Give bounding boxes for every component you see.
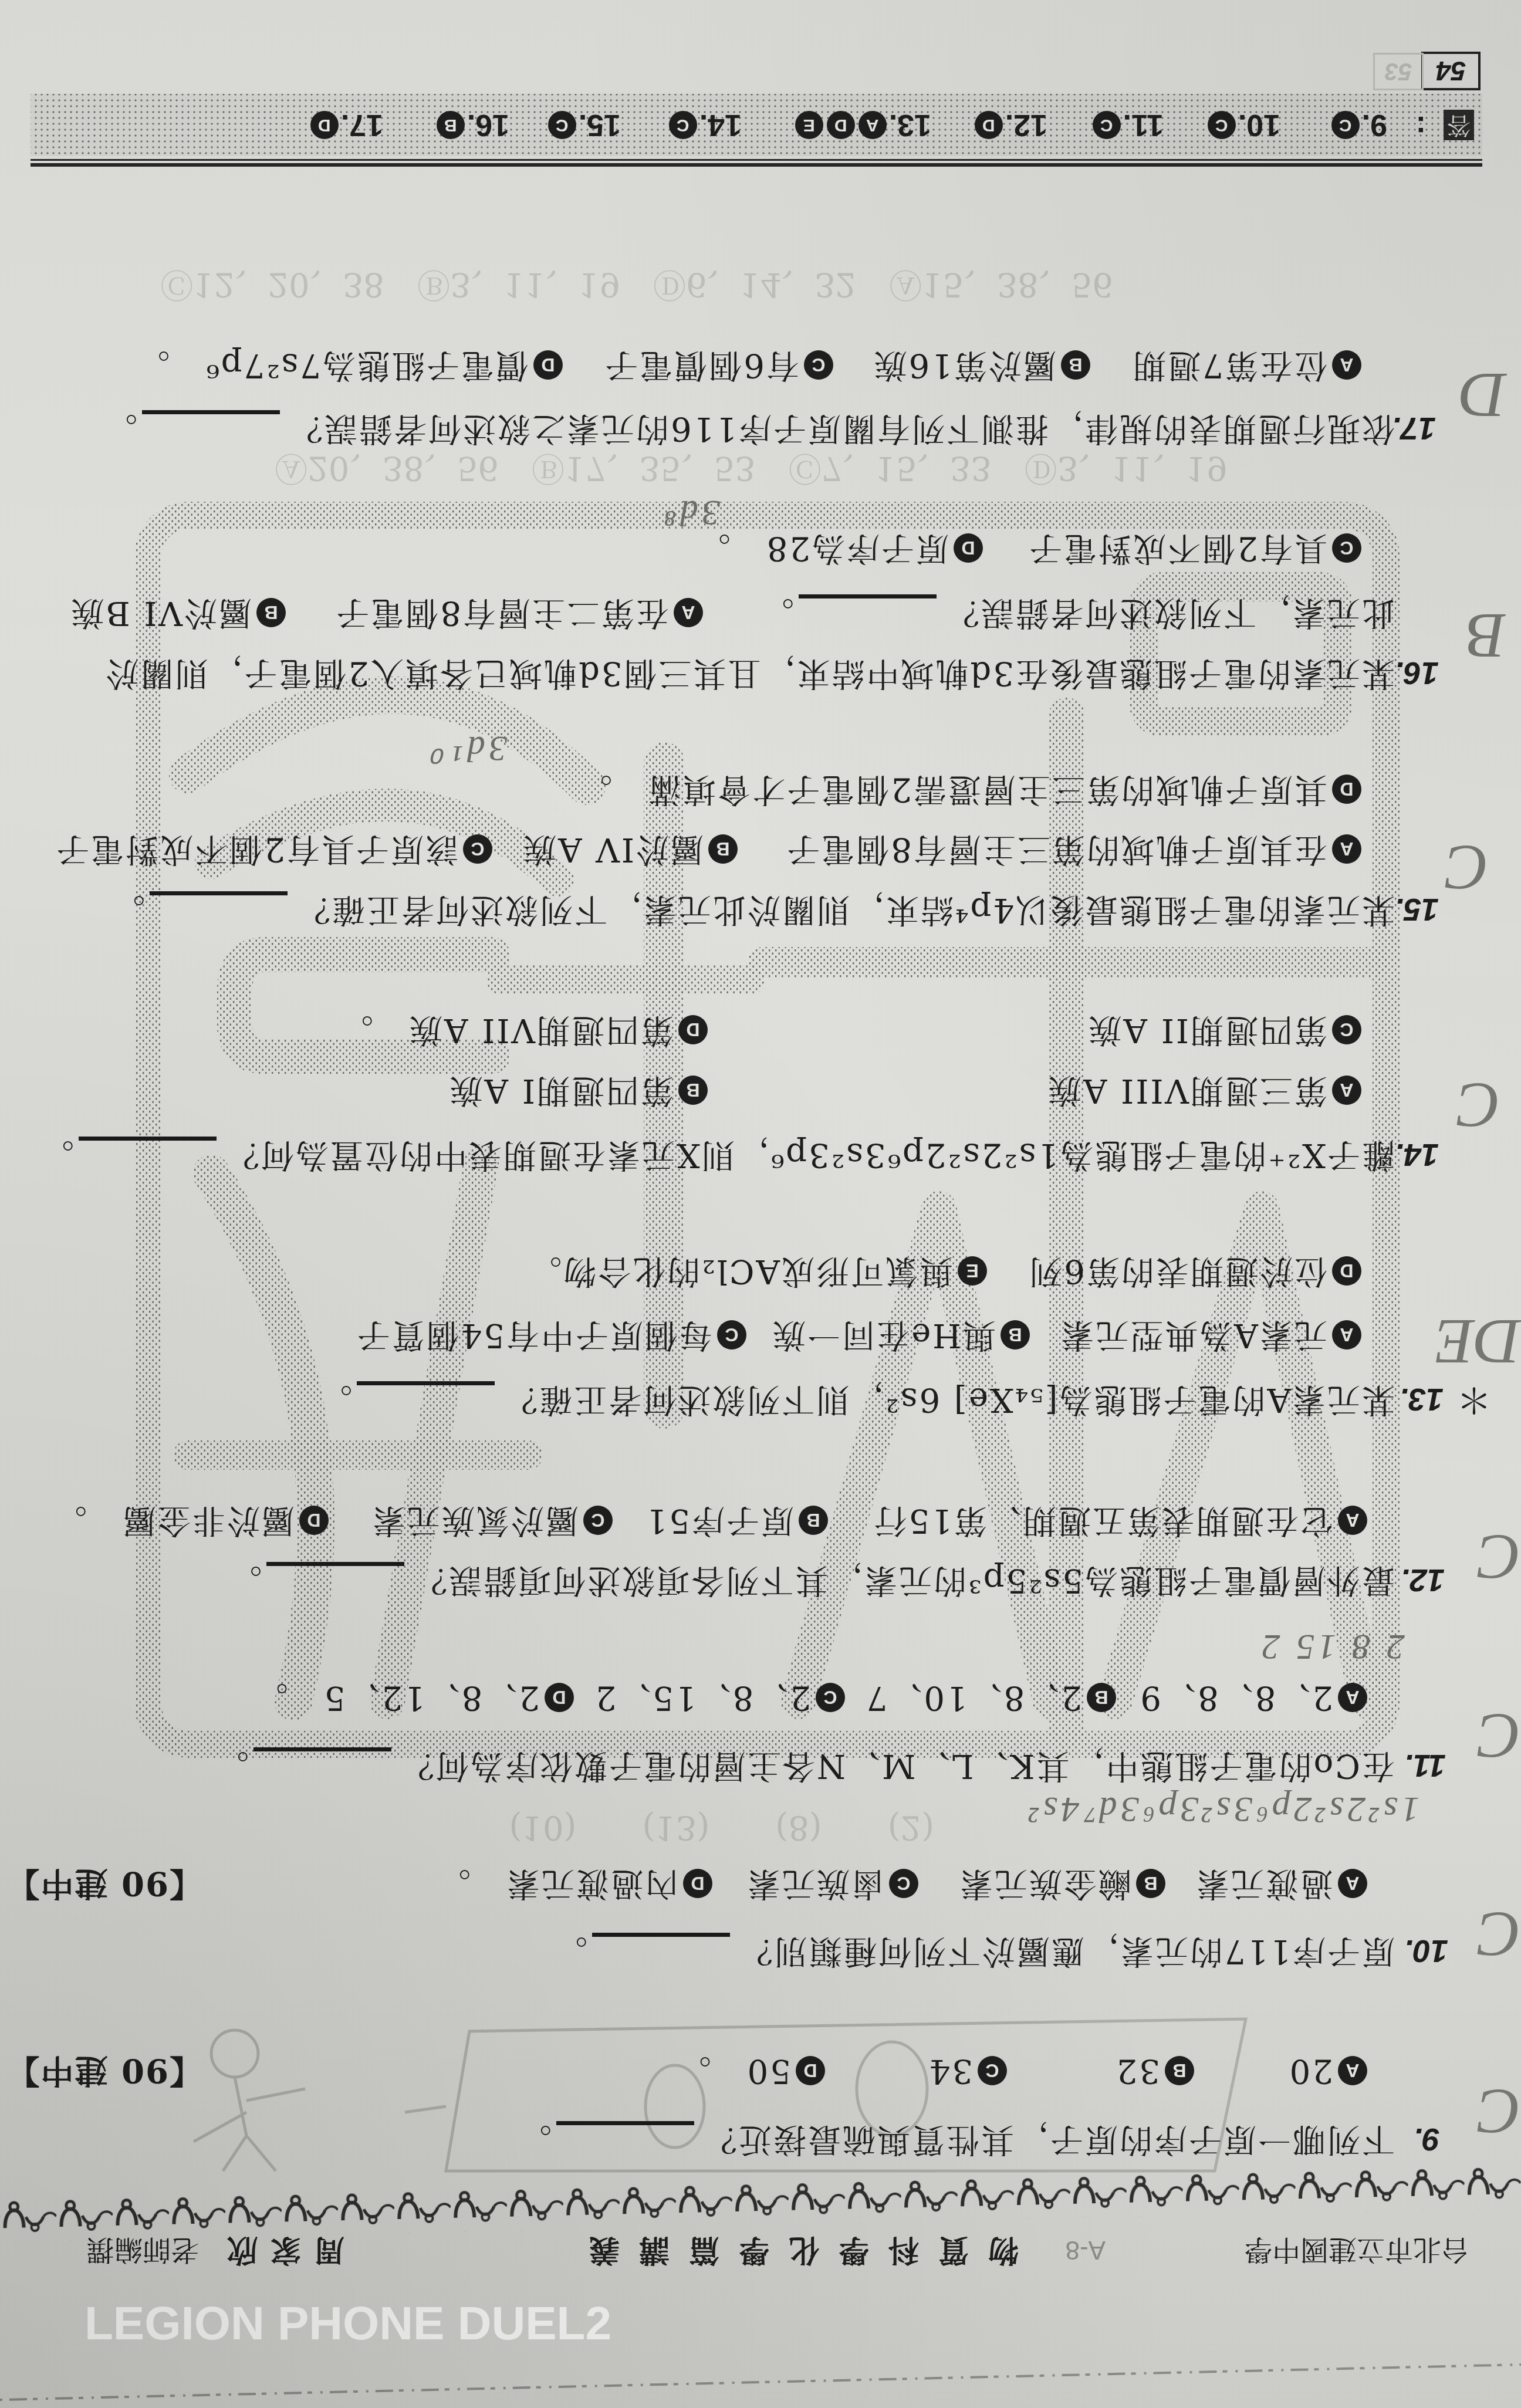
question-number: 10.: [1404, 1932, 1448, 1970]
question-text-row: 某元素A的電子組態為[₅₄Xe] 6s²，則下列敘述何者正確？ 。: [317, 1381, 1395, 1418]
option-d: D內過渡元素 。: [436, 1865, 712, 1902]
option-text: 有6個價電子: [603, 346, 799, 384]
question-text: 在Co的電子組態中，其K、L、M、N各主層的電子數依序為何？: [400, 1747, 1395, 1784]
circled-answer-icon: A: [858, 111, 887, 139]
camera-watermark: LEGION PHONE DUEL2: [84, 2297, 611, 2350]
question-number: 16.: [1395, 654, 1439, 692]
question-text: 某元素的電子組態最後在3d軌域中結束，且其三個3d軌域已各填入2個電子，則關於: [104, 654, 1395, 692]
option-text: 第四週期I A族: [448, 1071, 674, 1109]
answer-key-number: 10.: [1238, 107, 1280, 143]
option-text: 第三週期VIII A族: [1047, 1071, 1327, 1109]
facing-page-number-bleed: 53: [1373, 53, 1424, 90]
option-text: 位在第7週期: [1131, 346, 1327, 384]
answer-key-item-13: 13.ADE: [794, 107, 931, 143]
photo-of-textbook-page: 台北市立建國中學 A-8 物質科學化學篇講義 周家欣 老師編撰 C 9. 下列哪…: [0, 0, 1521, 2408]
option-a: A過渡元素: [1195, 1865, 1367, 1902]
option-a: A元素A為典型元素: [1060, 1316, 1361, 1354]
answer-key-number: 16.: [467, 107, 509, 143]
textbook-page: 台北市立建國中學 A-8 物質科學化學篇講義 周家欣 老師編撰 C 9. 下列哪…: [0, 0, 1521, 2408]
circled-a-icon: A: [1338, 1683, 1367, 1712]
answer-key-number: 14.: [699, 107, 742, 143]
option-text: 過渡元素: [1195, 1865, 1333, 1902]
option-a: A在其原子軌域的第三主層有8個電子: [785, 830, 1361, 868]
circled-c-icon: C: [1332, 1015, 1361, 1044]
answer-key-number: 17.: [341, 107, 383, 143]
circled-b-icon: B: [1165, 2056, 1194, 2085]
handwritten-note-q15: 3d¹⁰: [431, 728, 507, 771]
option-c: C2、8、15、2: [594, 1679, 845, 1716]
question-16: 16. 某元素的電子組態最後在3d軌域中結束，且其三個3d軌域已各填入2個電子，…: [0, 654, 1521, 692]
question-12: 12. 最外層價電子組態為5s²5p³的元素，其下列各項敘述何項錯誤？ 。: [0, 1561, 1521, 1599]
question-text-row: 依現行週期表的規律，推測下列有關原子序116的元素之敘述何者錯誤？ 。: [103, 410, 1395, 447]
option-a: A位在第7週期: [1131, 346, 1361, 384]
option-text: 鹼金族元素: [958, 1865, 1131, 1902]
page-number: 54: [1421, 52, 1481, 90]
answer-band-rule-thick: [31, 163, 1482, 167]
handwritten-co-electron-configuration: 1s²2s²2p⁶3s²3p⁶3d⁷4s²: [1025, 1788, 1419, 1830]
header-code: A-8: [1066, 2231, 1106, 2268]
circled-answer-icon: C: [1093, 111, 1121, 139]
circled-a-icon: A: [1332, 834, 1361, 864]
answer-key-item-11: 11.C: [1091, 107, 1164, 143]
circled-a-icon: A: [1332, 350, 1361, 380]
answer-key-number: 12.: [1005, 107, 1047, 143]
option-b: B屬於VI B族: [69, 594, 286, 631]
question-end: 。: [553, 1932, 587, 1970]
circled-b-icon: B: [678, 1076, 708, 1105]
circled-a-icon: A: [1338, 2056, 1367, 2085]
option-text: 第四週期VII A族 。: [339, 1011, 674, 1049]
option-text: 具有2個不成對電子: [1027, 529, 1327, 567]
star-mark: ＊: [1456, 1381, 1492, 1418]
header-school: 台北市立建國中學: [1244, 2231, 1469, 2268]
question-11-options: A2、8、8、9 B2、8、10、7 C2、8、15、2 D2、8、12、5 。: [0, 1679, 1521, 1716]
answer-key-item-14: 14.C: [668, 107, 742, 143]
question-number: 12.: [1401, 1561, 1445, 1599]
circled-b-icon: B: [1001, 1320, 1030, 1350]
circled-answer-icon: D: [975, 111, 1003, 139]
option-a: A2、8、8、9: [1138, 1679, 1367, 1716]
question-9-options: A20 B32 C34 D50 。 【90 建中】: [0, 2052, 1521, 2089]
option-text: 屬於第16族: [873, 346, 1056, 384]
answer-key-item-9: 9.C: [1330, 107, 1387, 143]
circled-d-icon: D: [1332, 1256, 1361, 1286]
circled-answer-icon: C: [548, 111, 576, 139]
question-end: 。: [759, 594, 794, 631]
source-tag: 【90 建中】: [6, 1865, 202, 1902]
answer-blank: [592, 1933, 730, 1969]
header-author-suffix: 老師編撰: [86, 2231, 199, 2268]
option-text: 20: [1288, 2052, 1333, 2089]
circled-d-icon: D: [533, 350, 563, 380]
option-b: B屬於IV A族: [522, 830, 738, 868]
question-text-row: 最外層價電子組態為5s²5p³的元素，其下列各項敘述何項錯誤？ 。: [227, 1561, 1395, 1599]
circled-a-icon: A: [1338, 1869, 1367, 1898]
question-number: 13.: [1400, 1381, 1444, 1418]
option-text: 與氯可形成ACl₂的化合物。: [527, 1252, 953, 1290]
circled-e-icon: E: [958, 1256, 987, 1286]
circled-a-icon: A: [1332, 1320, 1361, 1350]
question-text: 依現行週期表的規律，推測下列有關原子序116的元素之敘述何者錯誤？: [288, 410, 1395, 447]
option-c: C鹵族元素: [746, 1865, 918, 1902]
question-number: 14.: [1395, 1136, 1439, 1173]
answer-blank: [150, 892, 288, 928]
option-d: D屬於非金屬 。: [52, 1501, 329, 1539]
option-d: D價電子組態為7s²7p⁶ 。: [135, 346, 563, 384]
question-text-row: 某元素的電子組態最後以4p⁴結束，則關於此元素，下列敘述何者正確？ 。: [110, 891, 1395, 928]
option-text: 2、8、15、2: [594, 1679, 811, 1716]
answer-key-number: 11.: [1123, 107, 1164, 143]
answer-key-item-15: 15.C: [547, 107, 621, 143]
circled-b-icon: B: [1136, 1869, 1165, 1898]
question-text: 原子序117的元素，應屬於下列何種類別？: [738, 1932, 1395, 1970]
bleed-through-text: Ⓐ20、38、56 Ⓑ17、35、53 Ⓒ7、15、33 Ⓓ3、11、19: [275, 447, 1228, 494]
answer-key-band: 答 : 9.C 10.C 11.C 12.D 13.ADE 14.C 15.C …: [31, 94, 1482, 156]
source-tag: 【90 建中】: [6, 2052, 202, 2089]
question-number: 11.: [1404, 1747, 1446, 1784]
question-10: 10. 原子序117的元素，應屬於下列何種類別？ 。: [0, 1932, 1521, 1970]
option-text: 在第二主層有8個電子: [334, 594, 669, 631]
option-b: B原子序51: [645, 1501, 828, 1539]
circled-d-icon: D: [1332, 775, 1361, 804]
answer-key-number: 15.: [579, 107, 621, 143]
header-author: 周家欣: [214, 2231, 344, 2268]
circled-b-icon: B: [1061, 350, 1090, 380]
answer-blank: [142, 411, 280, 447]
answer-blank: [799, 595, 937, 631]
option-d: D其原子軌域的第三主層還需2個電子才會填滿 。: [577, 770, 1361, 808]
option-text: 屬於VI B族: [69, 594, 252, 631]
question-13: ＊ 13. 某元素A的電子組態為[₅₄Xe] 6s²，則下列敘述何者正確？ 。: [0, 1381, 1521, 1418]
answer-band-rule-thin: [31, 159, 1482, 161]
answer-key-item-10: 10.C: [1206, 107, 1280, 143]
question-15: 15. 某元素的電子組態最後以4p⁴結束，則關於此元素，下列敘述何者正確？ 。: [0, 891, 1521, 928]
question-13-options-row-2: D位於週期表的第6列 E與氯可形成ACl₂的化合物。: [0, 1252, 1521, 1290]
question-end: 。: [317, 1381, 352, 1418]
circled-answer-icon: C: [1208, 111, 1236, 139]
question-text-row: 此元素，下列敘述何者錯誤？ 。: [759, 594, 1395, 631]
question-end: 。: [517, 2120, 552, 2158]
circled-c-icon: C: [583, 1506, 613, 1535]
option-text: 第四週期II A族: [1087, 1011, 1327, 1049]
question-text: 某元素的電子組態最後以4p⁴結束，則關於此元素，下列敘述何者正確？: [296, 891, 1395, 928]
answer-key-item-16: 16.B: [435, 107, 509, 143]
answer-blank: [79, 1137, 217, 1173]
answer-blank: [266, 1563, 404, 1598]
circled-answer-icon: D: [827, 111, 855, 139]
option-b: B鹼金族元素: [958, 1865, 1165, 1902]
circled-answer-icon: D: [310, 111, 339, 139]
option-text: 屬於非金屬 。: [52, 1501, 295, 1539]
option-b: B與He在同一族: [771, 1316, 1030, 1354]
question-text-row: 在Co的電子組態中，其K、L、M、N各主層的電子數依序為何？ 。: [214, 1747, 1395, 1784]
circled-b-icon: B: [708, 834, 738, 864]
circled-answer-icon: B: [437, 111, 465, 139]
option-text: 在其原子軌域的第三主層有8個電子: [785, 830, 1327, 868]
option-b: B2、8、10、7: [865, 1679, 1116, 1716]
circled-b-icon: B: [256, 598, 286, 627]
option-a: A它在週期表第五週期、第15行: [873, 1501, 1367, 1539]
answer-key-item-12: 12.D: [974, 107, 1047, 143]
option-text: 2、8、10、7: [865, 1679, 1082, 1716]
question-12-options: A它在週期表第五週期、第15行 B原子序51 C屬於氮族元素 D屬於非金屬 。: [0, 1501, 1521, 1539]
answer-label-box: 答: [1444, 110, 1474, 140]
circled-c-icon: C: [978, 2056, 1007, 2085]
circled-b-icon: B: [1087, 1683, 1116, 1712]
question-text-row: 某元素的電子組態最後在3d軌域中結束，且其三個3d軌域已各填入2個電子，則關於: [104, 654, 1395, 692]
question-text: 下列哪一原子序的原子，其性質與硫最接近？: [702, 2120, 1395, 2158]
handwritten-shell-counts: 2 8 15 2: [1259, 1626, 1405, 1668]
option-text: 原子序51: [645, 1501, 794, 1539]
question-text-row: 離子X²⁺的電子組態為1s²2s²2p⁶3s²3p⁶，則X元素在週期表中的位置為…: [39, 1136, 1395, 1173]
option-d: D原子序為28 。: [696, 529, 983, 567]
option-e: E與氯可形成ACl₂的化合物。: [527, 1252, 987, 1290]
handwritten-note-q16: 3d⁸: [660, 492, 720, 533]
option-text: 屬於氮族元素: [371, 1501, 579, 1539]
circled-c-icon: C: [889, 1869, 918, 1898]
option-b: B屬於第16族: [873, 346, 1090, 384]
option-text: 2、8、12、5 。: [253, 1679, 540, 1716]
question-14-options-row-2: C第四週期II A族 D第四週期VII A族 。: [0, 1011, 1521, 1049]
option-text: 元素A為典型元素: [1060, 1316, 1327, 1354]
option-text: 原子序為28 。: [696, 529, 949, 567]
question-14: 14. 離子X²⁺的電子組態為1s²2s²2p⁶3s²3p⁶，則X元素在週期表中…: [0, 1136, 1521, 1173]
circled-c-icon: C: [816, 1683, 845, 1712]
question-17: 17. 依現行週期表的規律，推測下列有關原子序116的元素之敘述何者錯誤？ 。: [0, 410, 1521, 447]
question-17-options: A位在第7週期 B屬於第16族 C有6個價電子 D價電子組態為7s²7p⁶ 。: [0, 346, 1521, 384]
option-text: 位於週期表的第6列: [1027, 1252, 1327, 1290]
answer-blank: [253, 1748, 391, 1784]
option-text: 與He在同一族: [771, 1316, 996, 1354]
option-d: D第四週期VII A族 。: [339, 1011, 708, 1049]
answer-blank: [357, 1382, 495, 1418]
question-11: 11. 在Co的電子組態中，其K、L、M、N各主層的電子數依序為何？ 。: [0, 1747, 1521, 1784]
option-b: B第四週期I A族: [448, 1071, 708, 1109]
option-text: 其原子軌域的第三主層還需2個電子才會填滿 。: [577, 770, 1327, 808]
question-10-options: A過渡元素 B鹼金族元素 C鹵族元素 D內過渡元素 。 【90 建中】: [0, 1865, 1521, 1902]
option-c: C有6個價電子: [603, 346, 833, 384]
option-text: 內過渡元素 。: [436, 1865, 678, 1902]
circled-answer-icon: C: [669, 111, 697, 139]
bleed-through-text: Ⓒ12、20、38 Ⓑ3、11、19 Ⓓ6、14、32 Ⓐ15、38、56: [160, 263, 1113, 310]
option-text: 34: [928, 2052, 973, 2089]
bleed-through-text: (10) (13) (8) (2): [509, 1807, 934, 1854]
option-text: 50 。: [677, 2052, 791, 2089]
question-text: 最外層價電子組態為5s²5p³的元素，其下列各項敘述何項錯誤？: [413, 1561, 1395, 1599]
answer-key-number: 13.: [889, 107, 931, 143]
question-15-options-row-1: A在其原子軌域的第三主層有8個電子 B屬於IV A族 C該原子具有2個不成對電子: [0, 830, 1521, 868]
question-number: 17.: [1392, 410, 1436, 447]
header-title: 物質科學化學篇講義: [570, 2231, 1019, 2268]
circled-d-icon: D: [954, 533, 983, 563]
circled-answer-icon: C: [1331, 111, 1360, 139]
circled-c-icon: C: [804, 350, 833, 380]
circled-a-icon: A: [674, 598, 703, 627]
option-c: C34: [928, 2052, 1007, 2089]
circled-a-icon: A: [1332, 1076, 1361, 1105]
option-text: 每個原子中有54個質子: [356, 1316, 712, 1354]
question-end: 。: [227, 1561, 262, 1599]
circled-d-icon: D: [683, 1869, 712, 1898]
circled-d-icon: D: [545, 1683, 574, 1712]
option-text: 屬於IV A族: [522, 830, 704, 868]
question-text: 離子X²⁺的電子組態為1s²2s²2p⁶3s²3p⁶，則X元素在週期表中的位置為…: [225, 1136, 1395, 1173]
circled-b-icon: B: [799, 1506, 828, 1535]
circled-d-icon: D: [678, 1015, 708, 1044]
option-b: B32: [1115, 2052, 1194, 2089]
question-13-options-row-1: A元素A為典型元素 B與He在同一族 C每個原子中有54個質子: [0, 1316, 1521, 1354]
option-text: 它在週期表第五週期、第15行: [873, 1501, 1333, 1539]
circled-d-icon: D: [299, 1506, 329, 1535]
answer-key-item-17: 17.D: [309, 107, 383, 143]
question-16-options-row-2: C具有2個不成對電子 D原子序為28 。: [0, 529, 1521, 567]
option-c: C該原子具有2個不成對電子: [55, 830, 492, 868]
option-d: D2、8、12、5 。: [253, 1679, 574, 1716]
option-c: C具有2個不成對電子: [1027, 529, 1361, 567]
option-a: A在第二主層有8個電子: [334, 594, 703, 631]
question-end: 。: [39, 1136, 74, 1173]
question-text-row: 下列哪一原子序的原子，其性質與硫最接近？ 。: [517, 2120, 1395, 2158]
question-16-line-2: 此元素，下列敘述何者錯誤？ 。 A在第二主層有8個電子 B屬於VI B族: [0, 594, 1521, 631]
question-text-continued: 此元素，下列敘述何者錯誤？: [945, 594, 1395, 631]
option-c: C第四週期II A族: [1087, 1011, 1361, 1049]
question-number: 9.: [1414, 2120, 1440, 2158]
question-14-options-row-1: A第三週期VIII A族 B第四週期I A族: [0, 1071, 1521, 1109]
option-text: 2、8、8、9: [1138, 1679, 1333, 1716]
question-9: 9. 下列哪一原子序的原子，其性質與硫最接近？ 。: [0, 2120, 1521, 2158]
option-a: A第三週期VIII A族: [1047, 1071, 1361, 1109]
option-c: C每個原子中有54個質子: [356, 1316, 746, 1354]
circled-a-icon: A: [1338, 1506, 1367, 1535]
option-d: D50 。: [677, 2052, 825, 2089]
option-text: 32: [1115, 2052, 1160, 2089]
answer-key-number: 9.: [1362, 107, 1387, 143]
answer-colon: :: [1416, 109, 1426, 144]
option-text: 鹵族元素: [746, 1865, 884, 1902]
question-15-options-row-2: D其原子軌域的第三主層還需2個電子才會填滿 。: [0, 770, 1521, 808]
circled-c-icon: C: [717, 1320, 746, 1350]
answer-blank: [556, 2122, 694, 2157]
question-text: 某元素A的電子組態為[₅₄Xe] 6s²，則下列敘述何者正確？: [503, 1381, 1395, 1418]
question-number: 15.: [1395, 891, 1439, 928]
circled-d-icon: D: [796, 2056, 825, 2085]
option-a: A20: [1288, 2052, 1367, 2089]
option-text: 價電子組態為7s²7p⁶ 。: [135, 346, 529, 384]
circled-c-icon: C: [463, 834, 492, 864]
option-d: D位於週期表的第6列: [1027, 1252, 1361, 1290]
circled-c-icon: C: [1332, 533, 1361, 563]
question-end: 。: [103, 410, 137, 447]
question-text-row: 原子序117的元素，應屬於下列何種類別？ 。: [553, 1932, 1395, 1970]
option-c: C屬於氮族元素: [371, 1501, 613, 1539]
option-text: 該原子具有2個不成對電子: [55, 830, 458, 868]
question-end: 。: [214, 1747, 249, 1784]
question-end: 。: [110, 891, 145, 928]
circled-answer-icon: E: [795, 111, 823, 139]
